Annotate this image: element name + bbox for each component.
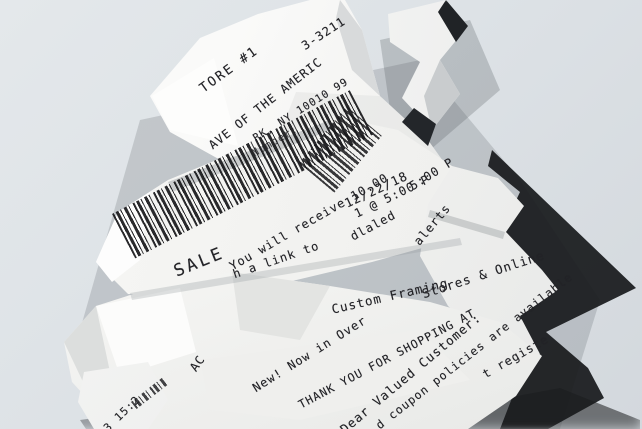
- photo-crumpled-receipt: 3-3211 TORE #1 AVE OF THE AMERIC RK, NY …: [0, 0, 642, 429]
